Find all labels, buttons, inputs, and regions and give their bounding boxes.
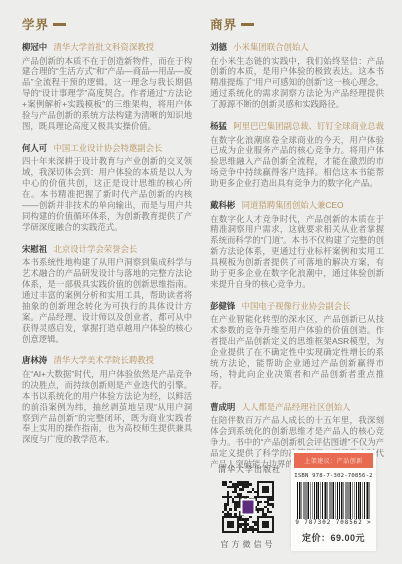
testimonial-quote: 在数字化人才竞争时代，产品创新的本质在于精准洞察用户需求，这就要求相关从业者掌握… xyxy=(210,214,384,290)
testimonial-quote: 在“AI+大数据”时代，用户体验依然是产品竞争的决胜点，而持续创新则是产业迭代的… xyxy=(22,369,192,445)
endorser-title: 同道猎聘集团创始人兼CEO xyxy=(242,200,344,210)
endorser-name: 唐林涛 xyxy=(22,355,47,365)
business-header: 商界 xyxy=(210,15,384,33)
testimonial-byline: 杨猛 阿里巴巴集团副总裁、钉钉全球商业总裁 xyxy=(210,121,384,132)
business-section: 商界 刘德 小米集团联合创始人 在小米生态链的实践中，我们始终坚信：产品创新的本… xyxy=(210,15,384,481)
testimonial-columns: 学界 柳冠中 清华大学首批文科资深教授 产品创新的本质不在于创造新物件，而在于构… xyxy=(0,0,402,481)
endorser-title: 小米集团联合创始人 xyxy=(233,42,308,52)
testimonial-quote: 在数字化浪潮席卷全球商业的今天，用户体验已成为企业服务产品的核心竞争力。将用户体… xyxy=(210,135,384,190)
shelf-suggestion-tag: 上架建议：产品创新 xyxy=(294,453,373,468)
testimonial: 刘德 小米集团联合创始人 在小米生态链的实践中，我们始终坚信：产品创新的本质，是… xyxy=(210,42,384,110)
endorser-name: 宋慰祖 xyxy=(22,244,47,254)
wechat-qr-code xyxy=(222,481,274,533)
endorser-title: 清华大学美术学院长聘教授 xyxy=(53,355,154,365)
endorser-title: 北京设计学会荣誉会长 xyxy=(53,244,137,254)
barcode-box: 上架建议：产品创新 ISBN 978-7-302-70856-2 9 78730… xyxy=(291,450,376,551)
testimonial-quote: 本书系统性地构建了从用户洞察到集成科学与艺术融合的产品研发设计与落地的完整方法论… xyxy=(22,257,192,344)
endorser-name: 杨猛 xyxy=(210,121,227,131)
publisher-name: 清华大学出版社 xyxy=(218,464,278,475)
testimonial-quote: 在产业智能化转型的深水区，产品创新已从技术参数的竞争升维至用户体验的价值创造。作… xyxy=(210,314,384,390)
testimonial-byline: 戴科彬 同道猎聘集团创始人兼CEO xyxy=(210,200,384,211)
business-testimonial-list: 刘德 小米集团联合创始人 在小米生态链的实践中，我们始终坚信：产品创新的本质，是… xyxy=(210,42,384,470)
testimonial: 何人可 中国工业设计协会特邀副会长 四十年来深耕于设计教育与产业创新的交叉领域，… xyxy=(22,143,192,233)
academia-testimonial-list: 柳冠中 清华大学首批文科资深教授 产品创新的本质不在于创造新物件，而在于构建合理… xyxy=(22,42,192,445)
endorser-name: 彭健锋 xyxy=(210,301,235,311)
business-header-label: 商界 xyxy=(210,15,237,33)
academia-section: 学界 柳冠中 清华大学首批文科资深教授 产品创新的本质不在于创造新物件，而在于构… xyxy=(22,15,192,481)
endorser-title: 中国工业设计协会特邀副会长 xyxy=(53,143,162,153)
endorser-name: 何人可 xyxy=(22,143,47,153)
barcode-digits: 9 787302 708562 > xyxy=(294,520,373,526)
testimonial-quote: 在小米生态链的实践中，我们始终坚信：产品创新的本质，是用户体验的极致表达。这本书… xyxy=(210,56,384,111)
endorser-name: 刘德 xyxy=(210,42,227,52)
testimonial: 宋慰祖 北京设计学会荣誉会长 本书系统性地构建了从用户洞察到集成科学与艺术融合的… xyxy=(22,244,192,345)
endorser-title: 人人都是产品经理社区创始人 xyxy=(242,402,351,412)
endorser-name: 柳冠中 xyxy=(22,42,47,52)
ean-barcode xyxy=(297,482,370,519)
endorser-title: 中国电子视像行业协会副会长 xyxy=(242,301,351,311)
testimonial-byline: 彭健锋 中国电子视像行业协会副会长 xyxy=(210,301,384,312)
price-text: 定价：69.00元 xyxy=(294,531,373,544)
back-cover-footer: 清华大学出版社 官方微信号 上架建议：产品创新 ISBN 978-7-302-7… xyxy=(218,450,376,551)
testimonial: 唐林涛 清华大学美术学院长聘教授 在“AI+大数据”时代，用户体验依然是产品竞争… xyxy=(22,355,192,445)
testimonial-byline: 柳冠中 清华大学首批文科资深教授 xyxy=(22,42,192,53)
endorser-title: 清华大学首批文科资深教授 xyxy=(53,42,154,52)
testimonial-byline: 曹成明 人人都是产品经理社区创始人 xyxy=(210,402,384,413)
isbn-text: ISBN 978-7-302-70856-2 xyxy=(294,473,373,479)
academia-header-label: 学界 xyxy=(22,15,49,33)
testimonial: 杨猛 阿里巴巴集团副总裁、钉钉全球商业总裁 在数字化浪潮席卷全球商业的今天，用户… xyxy=(210,121,384,189)
testimonial: 戴科彬 同道猎聘集团创始人兼CEO 在数字化人才竞争时代，产品创新的本质在于精准… xyxy=(210,200,384,290)
testimonial: 柳冠中 清华大学首批文科资深教授 产品创新的本质不在于创造新物件，而在于构建合理… xyxy=(22,42,192,132)
header-dash xyxy=(241,23,254,26)
endorser-name: 曹成明 xyxy=(210,402,235,412)
testimonial: 彭健锋 中国电子视像行业协会副会长 在产业智能化转型的深水区，产品创新已从技术参… xyxy=(210,301,384,391)
testimonial-quote: 四十年来深耕于设计教育与产业创新的交叉领域，我深切体会到：用户体验的本质是以人为… xyxy=(22,156,192,232)
testimonial-byline: 唐林涛 清华大学美术学院长聘教授 xyxy=(22,355,192,366)
endorser-title: 阿里巴巴集团副总裁、钉钉全球商业总裁 xyxy=(233,121,384,131)
header-dash xyxy=(53,23,66,26)
publisher-logo xyxy=(243,501,254,514)
endorser-name: 戴科彬 xyxy=(210,200,235,210)
testimonial-quote: 产品创新的本质不在于创造新物件，而在于构建合理的“生活方式”和“产品—商品—用品… xyxy=(22,56,192,132)
publisher-block: 清华大学出版社 官方微信号 xyxy=(218,464,278,550)
testimonial-byline: 何人可 中国工业设计协会特邀副会长 xyxy=(22,143,192,154)
qr-caption: 官方微信号 xyxy=(218,539,278,550)
testimonial-byline: 刘德 小米集团联合创始人 xyxy=(210,42,384,53)
academia-header: 学界 xyxy=(22,15,192,33)
testimonial-byline: 宋慰祖 北京设计学会荣誉会长 xyxy=(22,244,192,255)
